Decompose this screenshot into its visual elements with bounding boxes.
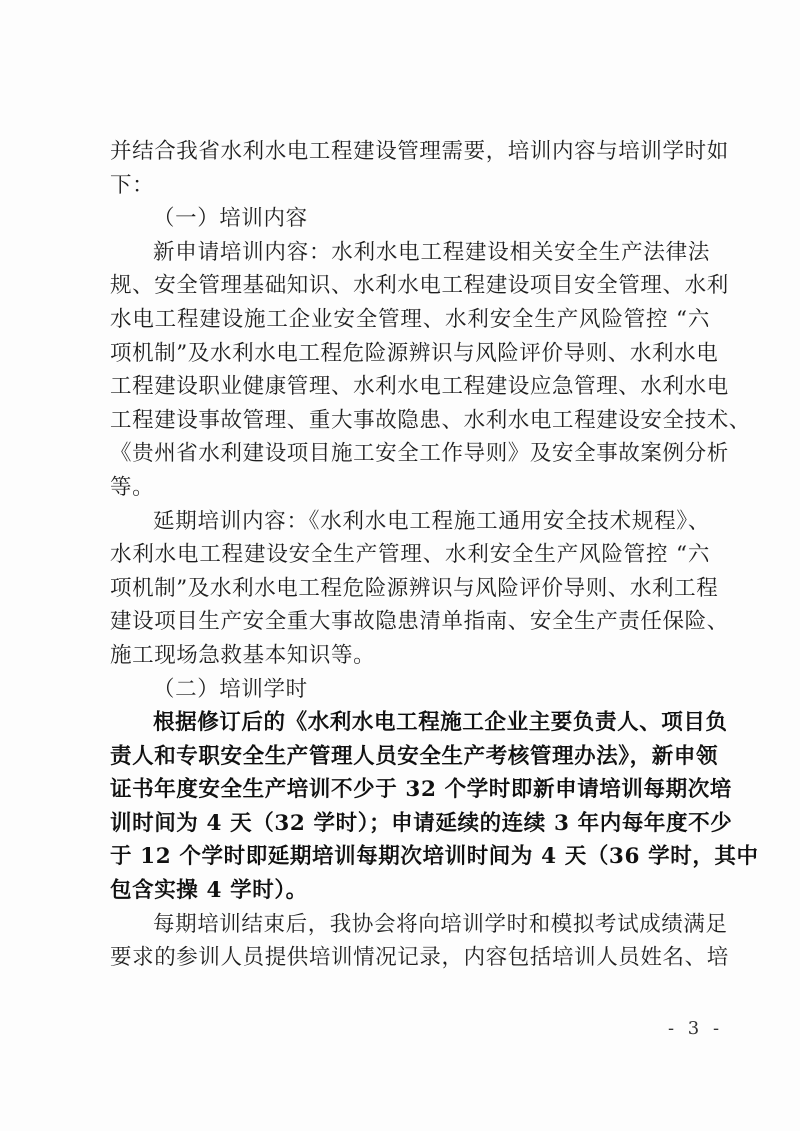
text-line: 等。: [110, 471, 710, 505]
text-line-bold: 证书年度安全生产培训不少于 32 个学时即新申请培训每期次培: [110, 773, 710, 807]
text-line: 每期培训结束后，我协会将向培训学时和模拟考试成绩满足: [110, 908, 710, 942]
text-line: 延期培训内容：《水利水电工程施工通用安全技术规程》、: [110, 505, 710, 539]
text-line: 《贵州省水利建设项目施工安全工作导则》及安全事故案例分析: [110, 437, 710, 471]
text-line: 项机制”及水利水电工程危险源辨识与风险评价导则、水利工程: [110, 572, 710, 606]
text-line-bold: 训时间为 4 天（32 学时）；申请延续的连续 3 年内每年度不少: [110, 807, 710, 841]
text-line: 规、安全管理基础知识、水利水电工程建设项目安全管理、水利: [110, 269, 710, 303]
text-line: 要求的参训人员提供培训情况记录，内容包括培训人员姓名、培: [110, 941, 710, 975]
section-heading-training-content: （一）培训内容: [110, 202, 710, 236]
text-line: 建设项目生产安全重大事故隐患清单指南、安全生产责任保险、: [110, 605, 710, 639]
text-line: 新申请培训内容：水利水电工程建设相关安全生产法律法: [110, 236, 710, 270]
text-line-bold: 根据修订后的《水利水电工程施工企业主要负责人、项目负: [110, 706, 710, 740]
text-line: 工程建设事故管理、重大事故隐患、水利水电工程建设安全技术、: [110, 404, 710, 438]
text-line: 工程建设职业健康管理、水利水电工程建设应急管理、水利水电: [110, 370, 710, 404]
text-line-bold: 责人和专职安全生产管理人员安全生产考核管理办法》，新申领: [110, 740, 710, 774]
text-line-bold: 包含实操 4 学时）。: [110, 874, 710, 908]
text-line: 水电工程建设施工企业安全管理、水利安全生产风险管控 “六: [110, 303, 710, 337]
text-line: 并结合我省水利水电工程建设管理需要，培训内容与培训学时如: [110, 135, 710, 169]
text-line: 施工现场急救基本知识等。: [110, 639, 710, 673]
text-line: 项机制”及水利水电工程危险源辨识与风险评价导则、水利水电: [110, 337, 710, 371]
document-body: 并结合我省水利水电工程建设管理需要，培训内容与培训学时如 下： （一）培训内容 …: [110, 135, 710, 975]
page-number: - 3 -: [668, 1018, 723, 1039]
section-heading-training-hours: （二）培训学时: [110, 673, 710, 707]
document-page: 并结合我省水利水电工程建设管理需要，培训内容与培训学时如 下： （一）培训内容 …: [0, 0, 800, 1131]
text-line: 下：: [110, 169, 710, 203]
text-line-bold: 于 12 个学时即延期培训每期次培训时间为 4 天（36 学时，其中: [110, 840, 710, 874]
text-line: 水利水电工程建设安全生产管理、水利安全生产风险管控 “六: [110, 538, 710, 572]
